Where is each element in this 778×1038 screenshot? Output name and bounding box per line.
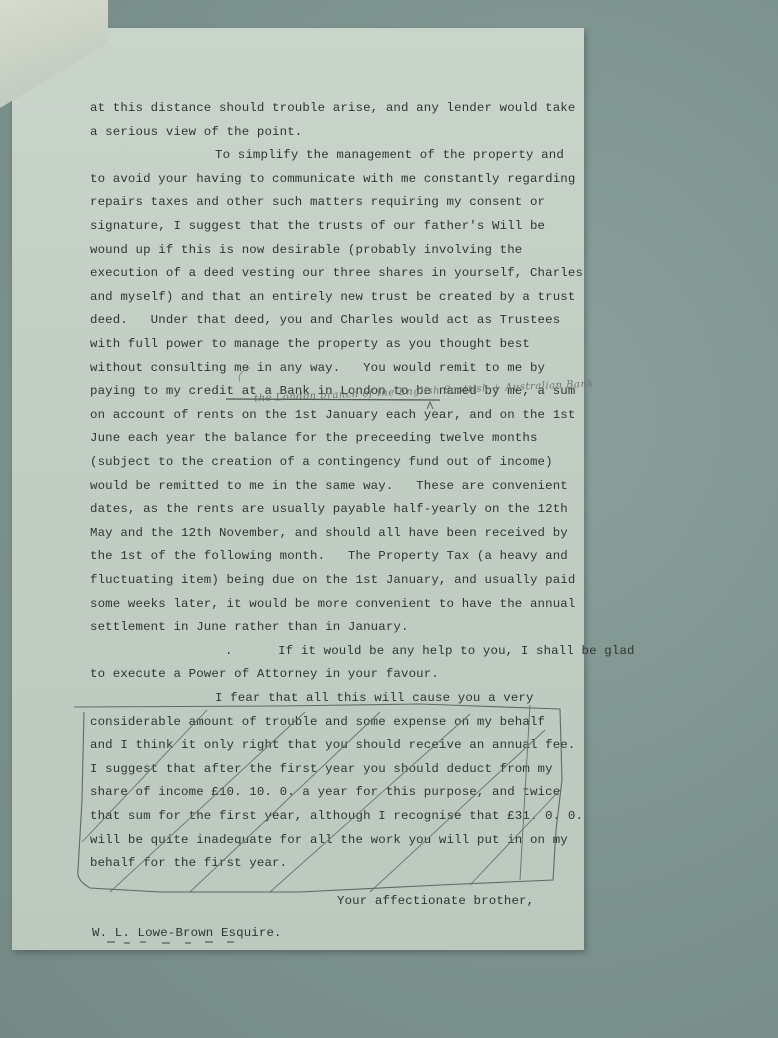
letter-line: and myself) and that an entirely new tru… bbox=[90, 289, 575, 305]
letter-line: behalf for the first year. bbox=[90, 855, 287, 871]
letter-line: without consulting me in any way. You wo… bbox=[90, 360, 545, 376]
letter-line: at this distance should trouble arise, a… bbox=[90, 100, 575, 116]
letter-line: that sum for the first year, although I … bbox=[90, 808, 583, 824]
letter-line: repairs taxes and other such matters req… bbox=[90, 194, 545, 210]
letter-line: signature, I suggest that the trusts of … bbox=[90, 218, 545, 234]
letter-line: (subject to the creation of a contingenc… bbox=[90, 454, 553, 470]
letter-line: a serious view of the point. bbox=[90, 124, 302, 140]
letter-line: fluctuating item) being due on the 1st J… bbox=[90, 572, 575, 588]
letter-line: settlement in June rather than in Januar… bbox=[90, 619, 409, 635]
letter-line: considerable amount of trouble and some … bbox=[90, 714, 545, 730]
letter-line: to avoid your having to communicate with… bbox=[90, 171, 575, 187]
letter-line: execution of a deed vesting our three sh… bbox=[90, 265, 583, 281]
letter-line: would be remitted to me in the same way.… bbox=[90, 478, 568, 494]
letter-line: with full power to manage the property a… bbox=[90, 336, 530, 352]
letter-line: June each year the balance for the prece… bbox=[90, 430, 538, 446]
letter-line: to execute a Power of Attorney in your f… bbox=[90, 666, 439, 682]
letter-line: dates, as the rents are usually payable … bbox=[90, 501, 568, 517]
letter-line: and I think it only right that you shoul… bbox=[90, 737, 575, 753]
addressee-line: W. L. Lowe-Brown Esquire. bbox=[92, 925, 282, 941]
letter-line: To simplify the management of the proper… bbox=[215, 147, 564, 163]
letter-page: at this distance should trouble arise, a… bbox=[12, 28, 584, 950]
letter-line: I suggest that after the first year you … bbox=[90, 761, 553, 777]
letter-line: will be quite inadequate for all the wor… bbox=[90, 832, 568, 848]
letter-line: wound up if this is now desirable (proba… bbox=[90, 242, 522, 258]
letter-line: I fear that all this will cause you a ve… bbox=[215, 690, 534, 706]
letter-line: some weeks later, it would be more conve… bbox=[90, 596, 575, 612]
letter-line: . If it would be any help to you, I shal… bbox=[225, 643, 635, 659]
closing-line: Your affectionate brother, bbox=[337, 893, 534, 909]
letter-line: the 1st of the following month. The Prop… bbox=[90, 548, 568, 564]
letter-line: deed. Under that deed, you and Charles w… bbox=[90, 312, 560, 328]
letter-line: on account of rents on the 1st January e… bbox=[90, 407, 575, 423]
letter-line: May and the 12th November, and should al… bbox=[90, 525, 568, 541]
letter-line: share of income £10. 10. 0. a year for t… bbox=[90, 784, 560, 800]
